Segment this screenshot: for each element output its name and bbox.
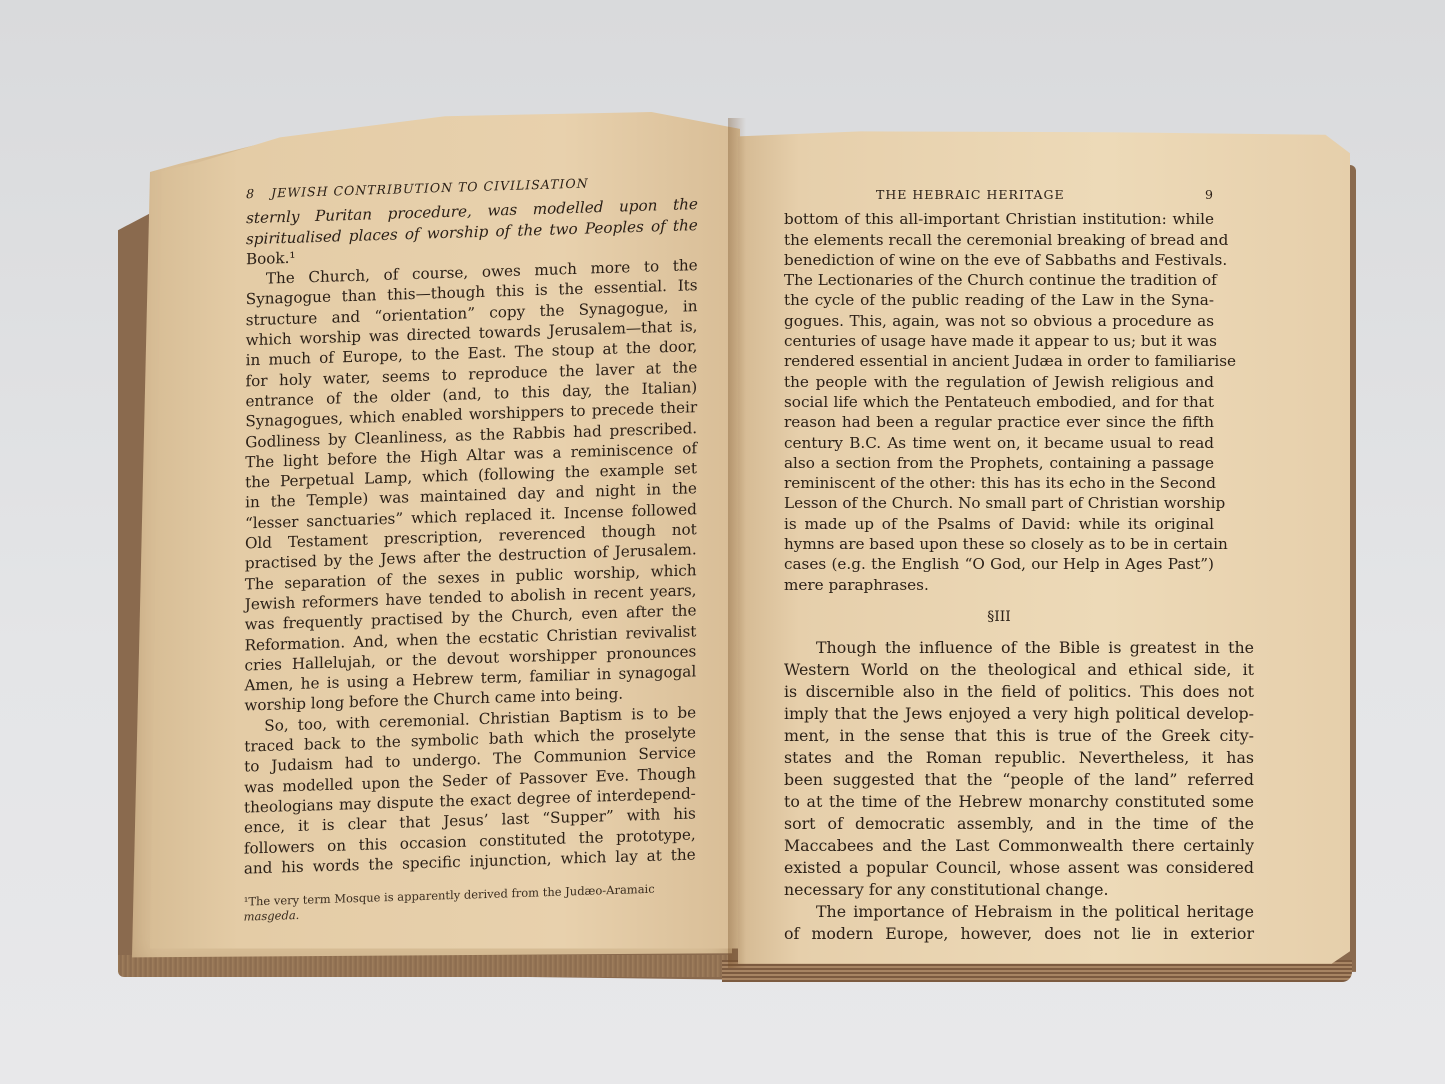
text-line: is made up of the Psalms of David: while… <box>784 514 1214 534</box>
text-line: existed a popular Council, whose assent … <box>784 857 1254 879</box>
text-line: Lesson of the Church. No small part of C… <box>784 493 1214 513</box>
text-line: Maccabees and the Last Commonwealth ther… <box>784 835 1254 857</box>
text-line: Though the influence of the Bible is gre… <box>784 637 1254 659</box>
right-page-body-part2: Though the influence of the Bible is gre… <box>784 637 1254 945</box>
right-page-number: 9 <box>1205 185 1214 205</box>
text-line: of modern Europe, however, does not lie … <box>784 923 1254 945</box>
left-page-text: 8 JEWISH CONTRIBUTION TO CIVILISATION st… <box>244 170 698 925</box>
text-line: states and the Roman republic. Neverthel… <box>784 747 1254 769</box>
text-line: century B.C. As time went on, it became … <box>784 433 1214 453</box>
left-cover-edge <box>118 955 728 977</box>
text-line: to at the time of the Hebrew monarchy co… <box>784 791 1254 813</box>
text-line: is discernible also in the field of poli… <box>784 681 1254 703</box>
text-line: The Lectionaries of the Church continue … <box>784 270 1214 290</box>
text-line: necessary for any constitutional change. <box>784 879 1254 901</box>
right-page-text: THE HEBRAIC HERITAGE 9 bottom of this al… <box>784 185 1214 945</box>
right-running-head-title: THE HEBRAIC HERITAGE <box>876 185 1065 205</box>
text-line: been suggested that the “people of the l… <box>784 769 1254 791</box>
text-line: mere paraphrases. <box>784 575 1214 595</box>
text-line: also a section from the Prophets, contai… <box>784 453 1214 473</box>
text-line: reason had been a regular practice ever … <box>784 412 1214 432</box>
text-line: benediction of wine on the eve of Sabbat… <box>784 250 1214 270</box>
text-line: imply that the Jews enjoyed a very high … <box>784 703 1254 725</box>
text-line: rendered essential in ancient Judæa in o… <box>784 351 1214 371</box>
text-line: ment, in the sense that this is true of … <box>784 725 1254 747</box>
book-gutter <box>728 118 746 968</box>
text-line: bottom of this all-important Christian i… <box>784 209 1214 229</box>
text-line: hymns are based upon these so closely as… <box>784 534 1214 554</box>
left-page-number: 8 <box>246 184 255 205</box>
text-line: the people with the regulation of Jewish… <box>784 372 1214 392</box>
text-line: the elements recall the ceremonial break… <box>784 230 1214 250</box>
text-line: social life which the Pentateuch embodie… <box>784 392 1214 412</box>
text-line: reminiscent of the other: this has its e… <box>784 473 1214 493</box>
text-line: The importance of Hebraism in the politi… <box>784 901 1254 923</box>
text-line: Western World on the theological and eth… <box>784 659 1254 681</box>
right-running-head: THE HEBRAIC HERITAGE 9 <box>784 185 1214 205</box>
section-heading: §III <box>784 607 1214 627</box>
text-line: cases (e.g. the English “O God, our Help… <box>784 554 1214 574</box>
text-line: gogues. This, again, was not so obvious … <box>784 311 1214 331</box>
right-page-body-part1: bottom of this all-important Christian i… <box>784 209 1214 595</box>
text-line: the cycle of the public reading of the L… <box>784 290 1214 310</box>
left-page-body: sternly Puritan procedure, was modelled … <box>244 194 698 878</box>
text-line: sort of democratic assembly, and in the … <box>784 813 1254 835</box>
text-line: centuries of usage have made it appear t… <box>784 331 1214 351</box>
